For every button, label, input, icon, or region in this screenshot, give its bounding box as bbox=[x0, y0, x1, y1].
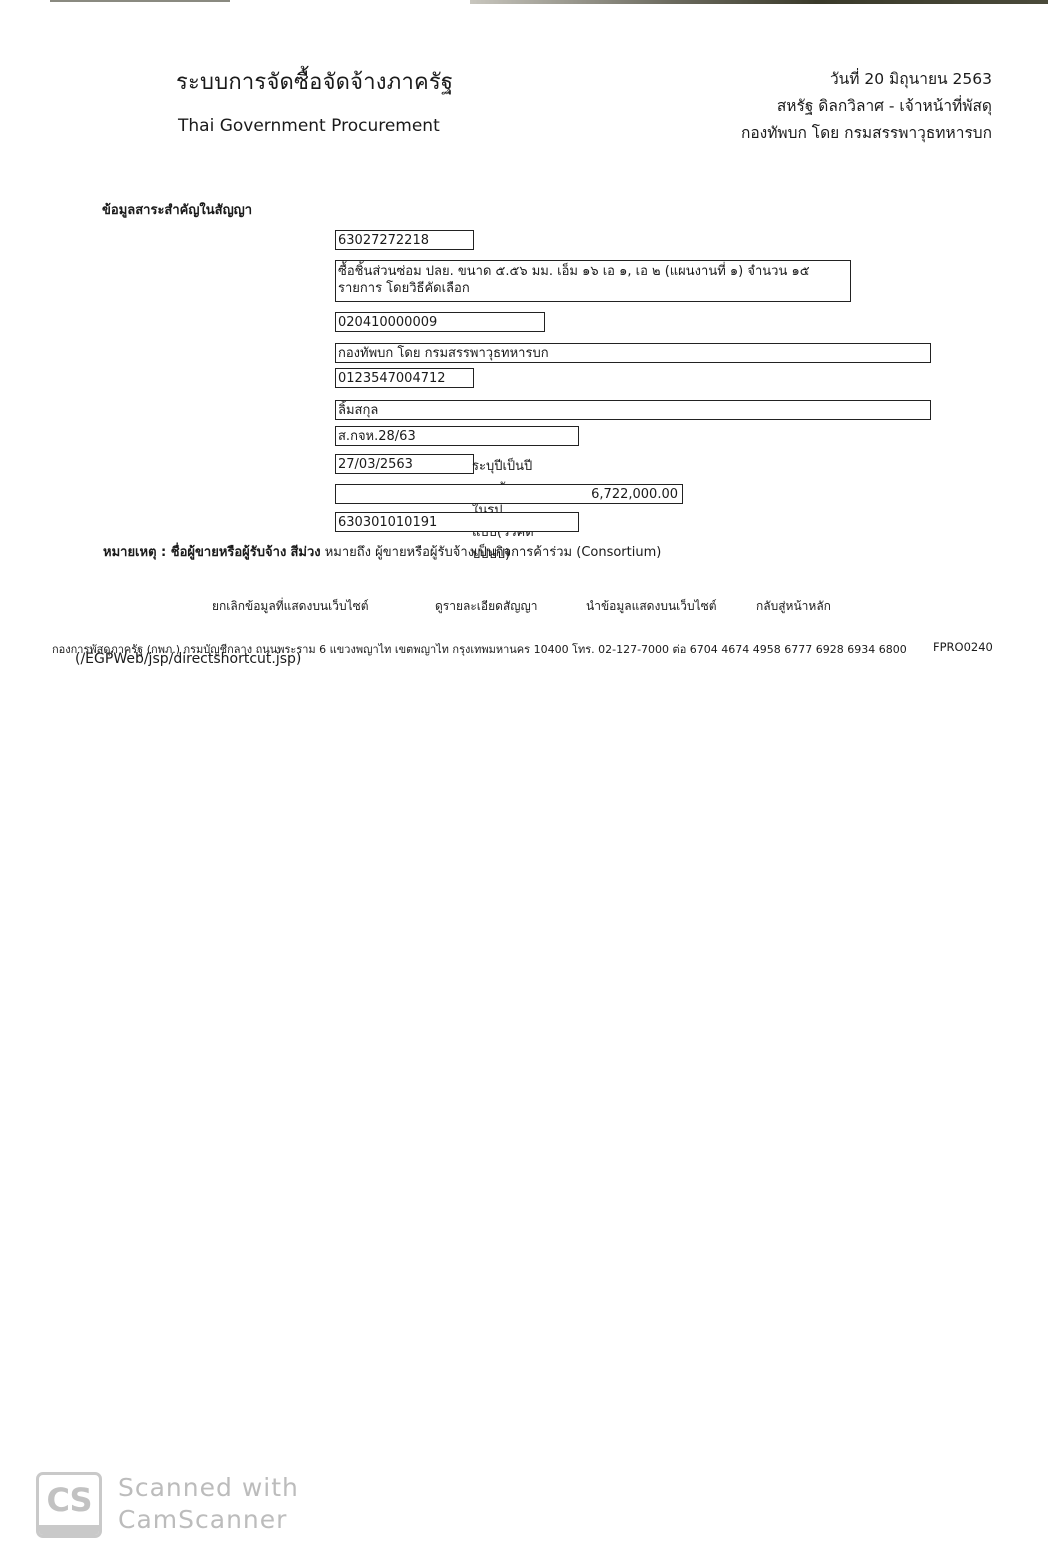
scan-edge-left bbox=[50, 0, 230, 2]
publish-link[interactable]: นำข้อมูลแสดงบนเว็บไซต์ bbox=[586, 597, 717, 616]
contract-date-input[interactable]: 27/03/2563 bbox=[335, 454, 474, 474]
egp-control-number-input[interactable]: 630301010191 bbox=[335, 512, 579, 532]
camscanner-logo-icon: CS bbox=[36, 1472, 102, 1538]
watermark-line1: Scanned with bbox=[118, 1472, 299, 1504]
note-suffix: หมายถึง ผู้ขายหรือผู้รับจ้างเป็นกิจการค้… bbox=[325, 545, 662, 560]
action-links: ยกเลิกข้อมูลที่แสดงบนเว็บไซต์ ดูรายละเอี… bbox=[0, 597, 1048, 617]
system-title-thai: ระบบการจัดซื้อจัดจ้างภาครัฐ bbox=[176, 64, 453, 99]
camscanner-watermark: Scanned with CamScanner bbox=[118, 1472, 299, 1536]
agency-name-input[interactable]: กองทัพบก โดย กรมสรรพาวุธทหารบก bbox=[335, 343, 931, 363]
tax-id-input[interactable]: 0123547004712 bbox=[335, 368, 474, 388]
camscanner-logo-band bbox=[39, 1525, 99, 1535]
home-link[interactable]: กลับสู่หน้าหลัก bbox=[756, 597, 831, 616]
agency-code-input[interactable]: 020410000009 bbox=[335, 312, 545, 332]
system-title-english: Thai Government Procurement bbox=[178, 116, 440, 136]
amount-input[interactable]: 6,722,000.00 bbox=[335, 484, 683, 504]
note-highlight: สีม่วง bbox=[290, 545, 320, 560]
footer-url: (/EGPWeb/jsp/directshortcut.jsp) bbox=[75, 651, 301, 667]
user-name-role: สหรัฐ ดิลกวิลาศ - เจ้าหน้าที่พัสดุ bbox=[741, 93, 992, 120]
contract-number-input[interactable]: ส.กจห.28/63 bbox=[335, 426, 579, 446]
cancel-display-link[interactable]: ยกเลิกข้อมูลที่แสดงบนเว็บไซต์ bbox=[212, 597, 369, 616]
note-prefix: หมายเหตุ : ชื่อผู้ขายหรือผู้รับจ้าง bbox=[103, 545, 286, 560]
project-number-input[interactable]: 63027272218 bbox=[335, 230, 474, 250]
header-user-info: วันที่ 20 มิถุนายน 2563 สหรัฐ ดิลกวิลาศ … bbox=[741, 66, 992, 147]
camscanner-logo-text: CS bbox=[39, 1481, 99, 1519]
project-name-input[interactable]: ซื้อชิ้นส่วนซ่อม ปลย. ขนาด ๕.๕๖ มม. เอ็ม… bbox=[335, 260, 851, 302]
user-agency: กองทัพบก โดย กรมสรรพาวุธทหารบก bbox=[741, 120, 992, 147]
bidder-name-input[interactable]: ลิ้มสกุล bbox=[335, 400, 931, 420]
scan-edge-right bbox=[470, 0, 1048, 4]
watermark-line2: CamScanner bbox=[118, 1504, 299, 1536]
section-title: ข้อมูลสาระสำคัญในสัญญา bbox=[102, 199, 252, 220]
view-contract-link[interactable]: ดูรายละเอียดสัญญา bbox=[435, 597, 537, 616]
print-date: วันที่ 20 มิถุนายน 2563 bbox=[741, 66, 992, 93]
consortium-note: หมายเหตุ : ชื่อผู้ขายหรือผู้รับจ้าง สีม่… bbox=[103, 541, 661, 562]
page-code: FPRO0240 bbox=[933, 640, 993, 654]
